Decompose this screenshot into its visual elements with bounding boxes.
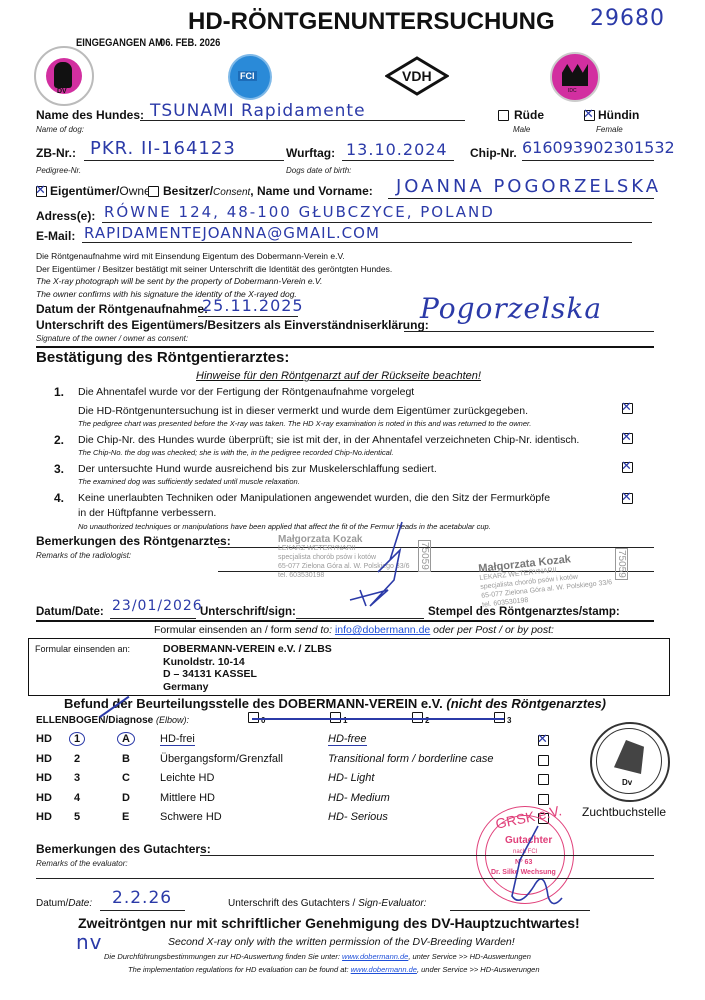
item-number: 4. [54, 491, 64, 505]
hd-label: HD [36, 772, 52, 784]
radiologist-date-label: Datum/Date: [36, 606, 104, 618]
radiologist-sign-label: Unterschrift/sign: [200, 606, 296, 618]
elbow-label-en: (Elbow): [156, 715, 189, 725]
consent-checkbox[interactable] [148, 186, 159, 197]
footer-initials: nv [76, 930, 103, 954]
footer-warning-en: Second X-ray only with the written permi… [168, 936, 515, 948]
evaluator-signature [490, 820, 580, 910]
hd-desc-de: Leichte HD [160, 772, 214, 784]
item-text-2: in der Hüftpfanne verbessern. [78, 507, 216, 519]
vdh-logo: VDH [385, 56, 449, 96]
item-number: 1. [54, 385, 64, 399]
fci-logo-text: FCI [238, 71, 257, 81]
hd-desc-de: Übergangsform/Grenzfall [160, 753, 283, 765]
hd-desc-de: Mittlere HD [160, 792, 215, 804]
consent-label: Besitzer/ [163, 184, 213, 198]
elbow-strike-line [252, 718, 504, 720]
email-label: E-Mail: [36, 229, 75, 243]
item-text-en: The examined dog was sufficiently sedate… [78, 477, 300, 486]
hd-desc-en: HD- Light [328, 772, 374, 784]
hd-row: HD1AHD-freiHD-free [36, 733, 636, 751]
address-label: Adress(e): [36, 209, 95, 223]
owner-name-field[interactable]: JOANNA POGORZELSKA [396, 176, 661, 197]
item-text: Die Chip-Nr. des Hundes wurde überprüft;… [78, 434, 579, 446]
hd-desc-en: HD- Serious [328, 811, 388, 823]
hd-grade: 2 [74, 753, 80, 765]
note-1: Die Röntgenaufnahme wird mit Einsendung … [36, 250, 392, 263]
received-date: 06. FEB. 2026 [160, 37, 220, 49]
hd-checkbox[interactable] [538, 755, 549, 766]
confirmation-title: Bestätigung des Röntgentierarztes: [36, 349, 289, 366]
address-line-2: Kunoldstr. 10-14 [163, 656, 332, 669]
hd-checkbox[interactable] [538, 735, 549, 746]
chip-field[interactable]: 616093902301532 [522, 138, 675, 157]
note-3: The X-ray photograph will be sent by the… [36, 275, 392, 288]
hd-checkbox[interactable] [538, 794, 549, 805]
dog-name-sublabel: Name of dog: [36, 125, 84, 134]
male-sublabel: Male [513, 125, 530, 134]
vdh-logo-text: VDH [402, 68, 432, 84]
email-field[interactable]: RAPIDAMENTEJOANNA@GMAIL.COM [84, 224, 380, 242]
sendto-box-label: Formular einsenden an: [35, 644, 130, 654]
female-checkbox[interactable] [584, 110, 595, 121]
elbow-row: ELLENBOGEN/Diagnose (Elbow): [36, 715, 189, 726]
hd-label: HD [36, 792, 52, 804]
evaluator-sign-row: Unterschrift des Gutachters / Sign-Evalu… [228, 898, 426, 909]
footer-regs-en: The implementation regulations for HD ev… [128, 965, 540, 974]
regs-en-prefix: The implementation regulations for HD ev… [128, 965, 351, 974]
hd-grade: 4 [74, 792, 80, 804]
hd-checkbox[interactable] [538, 774, 549, 785]
female-label: Hündin [598, 108, 639, 122]
sendto-line: Formular einsenden an / form send to: in… [154, 624, 554, 636]
item-text-en: The Chip-No. the dog was checked; she is… [78, 448, 394, 457]
item-text-2: Die HD-Röntgenuntersuchung ist in dieser… [78, 405, 528, 417]
item-number: 2. [54, 433, 64, 447]
wurftag-field[interactable]: 13.10.2024 [346, 140, 448, 159]
regs-de-prefix: Die Durchführungsbestimmungen zur HD-Aus… [104, 952, 342, 961]
dv-logo: DV [34, 46, 94, 106]
hd-row: HD3CLeichte HDHD- Light [36, 772, 636, 790]
hd-label: HD [36, 811, 52, 823]
evaluator-sign-label: Unterschrift des Gutachters / [228, 898, 358, 909]
owner-signature-label: Unterschrift des Eigentümers/Besitzers a… [36, 318, 429, 332]
evaluator-date-label: Datum/ [36, 898, 68, 909]
sendto-box: Formular einsenden an: DOBERMANN-VEREIN … [28, 638, 670, 696]
female-sublabel: Female [596, 125, 623, 134]
vet-stamp-license-2: 75059 [615, 548, 628, 580]
evaluator-date-label-it: Date: [68, 898, 92, 909]
elbow-label: ELLENBOGEN/Diagnose [36, 715, 153, 726]
reference-number: 29680 [590, 6, 665, 31]
consent-label-en: Consent [213, 187, 250, 198]
wurftag-sublabel: Dogs date of birth: [286, 166, 351, 175]
evaluator-remarks-label: Bemerkungen des Gutachters: [36, 842, 211, 856]
fci-logo: FCI [228, 54, 272, 100]
confirmation-checkbox-3[interactable] [622, 462, 633, 473]
male-checkbox[interactable] [498, 110, 509, 121]
vet-stamp-2: Małgorzata Kozak LEKARZ WETERYNARII spec… [478, 551, 614, 610]
footer-regs-de: Die Durchführungsbestimmungen zur HD-Aus… [104, 952, 531, 961]
confirmation-checkbox-2[interactable] [622, 433, 633, 444]
idc-logo-text: IDC [568, 88, 577, 94]
confirmation-checkbox-1[interactable] [622, 403, 633, 414]
dog-name-label: Name des Hundes: [36, 108, 144, 122]
item-text: Die Ahnentafel wurde vor der Fertigung d… [78, 386, 414, 398]
elbow-option-3: 3 [507, 716, 511, 725]
radiologist-stamp-label: Stempel des Röntgenarztes/stamp: [428, 606, 620, 618]
hd-desc-en: HD- Medium [328, 792, 390, 804]
hd-grade: 5 [74, 811, 80, 823]
confirmation-hint: Hinweise für den Röntgenarzt auf der Rüc… [196, 370, 481, 382]
regs-de-link[interactable]: www.dobermann.de [342, 952, 408, 961]
hd-letter: A [117, 732, 135, 746]
result-title-italic: (nicht des Röntgenarztes) [446, 696, 606, 711]
address-line-3: D – 34131 KASSEL [163, 668, 332, 681]
wurftag-label: Wurftag: [286, 146, 335, 160]
xray-date-field[interactable]: 25.11.2025 [202, 296, 304, 315]
sendto-prefix: Formular einsenden an / form [154, 624, 295, 636]
hd-grade: 1 [69, 732, 85, 746]
item-text: Keine unerlaubten Techniken oder Manipul… [78, 492, 550, 504]
evaluator-date-row: Datum/Date: [36, 898, 92, 909]
address-field[interactable]: RÓWNE 124, 48-100 GŁUBCZYCE, POLAND [104, 203, 495, 221]
dv-seal: Dv [590, 722, 670, 802]
received-stamp-label: EINGEGANGEN AM [76, 37, 163, 49]
dv-seal-label: Zuchtbuchstelle [582, 805, 666, 819]
radiologist-remarks-label: Bemerkungen des Röntgenarztes: [36, 534, 231, 548]
address-line-1: DOBERMANN-VEREIN e.V. / ZLBS [163, 643, 332, 656]
radiologist-signature [330, 520, 440, 610]
hd-letter: E [122, 811, 129, 823]
sendto-send: send to: [295, 624, 335, 636]
consent-row: Besitzer/Consent, Name und Vorname: [163, 184, 373, 198]
male-label: Rüde [514, 108, 544, 122]
item-number: 3. [54, 462, 64, 476]
radiologist-date-field[interactable]: 23/01/2026 [112, 598, 203, 614]
regs-de-suffix: , unter Service >> HD-Auswertungen [408, 952, 531, 961]
hd-desc-en: HD-free [328, 733, 367, 746]
evaluator-date-field[interactable]: 2.2.26 [112, 888, 172, 908]
notes: Die Röntgenaufnahme wird mit Einsendung … [36, 250, 392, 300]
owner-signature[interactable]: Pogorzelska [420, 292, 602, 325]
sendto-email-link[interactable]: info@dobermann.de [335, 624, 430, 636]
note-2: Der Eigentümer / Besitzer bestätigt mit … [36, 263, 392, 276]
hd-letter: D [122, 792, 130, 804]
page-title: HD-RÖNTGENUNTERSUCHUNG [188, 8, 555, 36]
hd-letter: C [122, 772, 130, 784]
dog-name-field[interactable]: TSUNAMI Rapidamente [150, 101, 366, 121]
hd-grade: 3 [74, 772, 80, 784]
result-title-text: Befund der Beurteilungsstelle des DOBERM… [64, 696, 446, 711]
hd-desc-de: Schwere HD [160, 811, 222, 823]
hd-label: HD [36, 733, 52, 745]
chip-label: Chip-Nr. [470, 146, 517, 160]
hd-row: HD2BÜbergangsform/GrenzfallTransitional … [36, 753, 636, 771]
evaluator-remarks-sublabel: Remarks of the evaluator: [36, 859, 128, 868]
hd-desc-en: Transitional form / borderline case [328, 753, 493, 765]
xray-date-label: Datum der Röntgenaufnahme: [36, 302, 208, 316]
owner-checkbox[interactable] [36, 186, 47, 197]
sendto-address: DOBERMANN-VEREIN e.V. / ZLBS Kunoldstr. … [163, 643, 332, 693]
footer-warning: Zweitröntgen nur mit schriftlicher Geneh… [78, 915, 580, 931]
regs-en-suffix: , under Service >> HD-Auswerungen [417, 965, 540, 974]
zb-label: ZB-Nr.: [36, 146, 76, 160]
item-text-en: The pedigree chart was presented before … [78, 419, 531, 428]
owner-name-label: , Name und Vorname: [250, 184, 372, 198]
item-text: Der untersuchte Hund wurde ausreichend b… [78, 463, 437, 475]
result-title: Befund der Beurteilungsstelle des DOBERM… [64, 696, 606, 711]
dv-logo-text: DV [57, 88, 67, 95]
sendto-suffix: oder per Post / or by post: [430, 624, 554, 636]
zb-sublabel: Pedigree-Nr. [36, 166, 81, 175]
hd-desc-de: HD-frei [160, 733, 195, 746]
owner-row: Eigentümer/Owner [50, 184, 155, 198]
owner-label: Eigentümer/ [50, 184, 119, 198]
owner-signature-sublabel: Signature of the owner / owner as consen… [36, 334, 188, 343]
address-line-4: Germany [163, 681, 332, 694]
hd-label: HD [36, 753, 52, 765]
radiologist-remarks-sublabel: Remarks of the radiologist: [36, 551, 131, 560]
idc-logo: IDC [550, 52, 600, 102]
evaluator-sign-label-it: Sign-Evaluator: [358, 898, 426, 909]
confirmation-checkbox-4[interactable] [622, 493, 633, 504]
zb-field[interactable]: PKR. II-164123 [90, 138, 236, 159]
regs-en-link[interactable]: www.dobermann.de [351, 965, 417, 974]
hd-letter: B [122, 753, 130, 765]
